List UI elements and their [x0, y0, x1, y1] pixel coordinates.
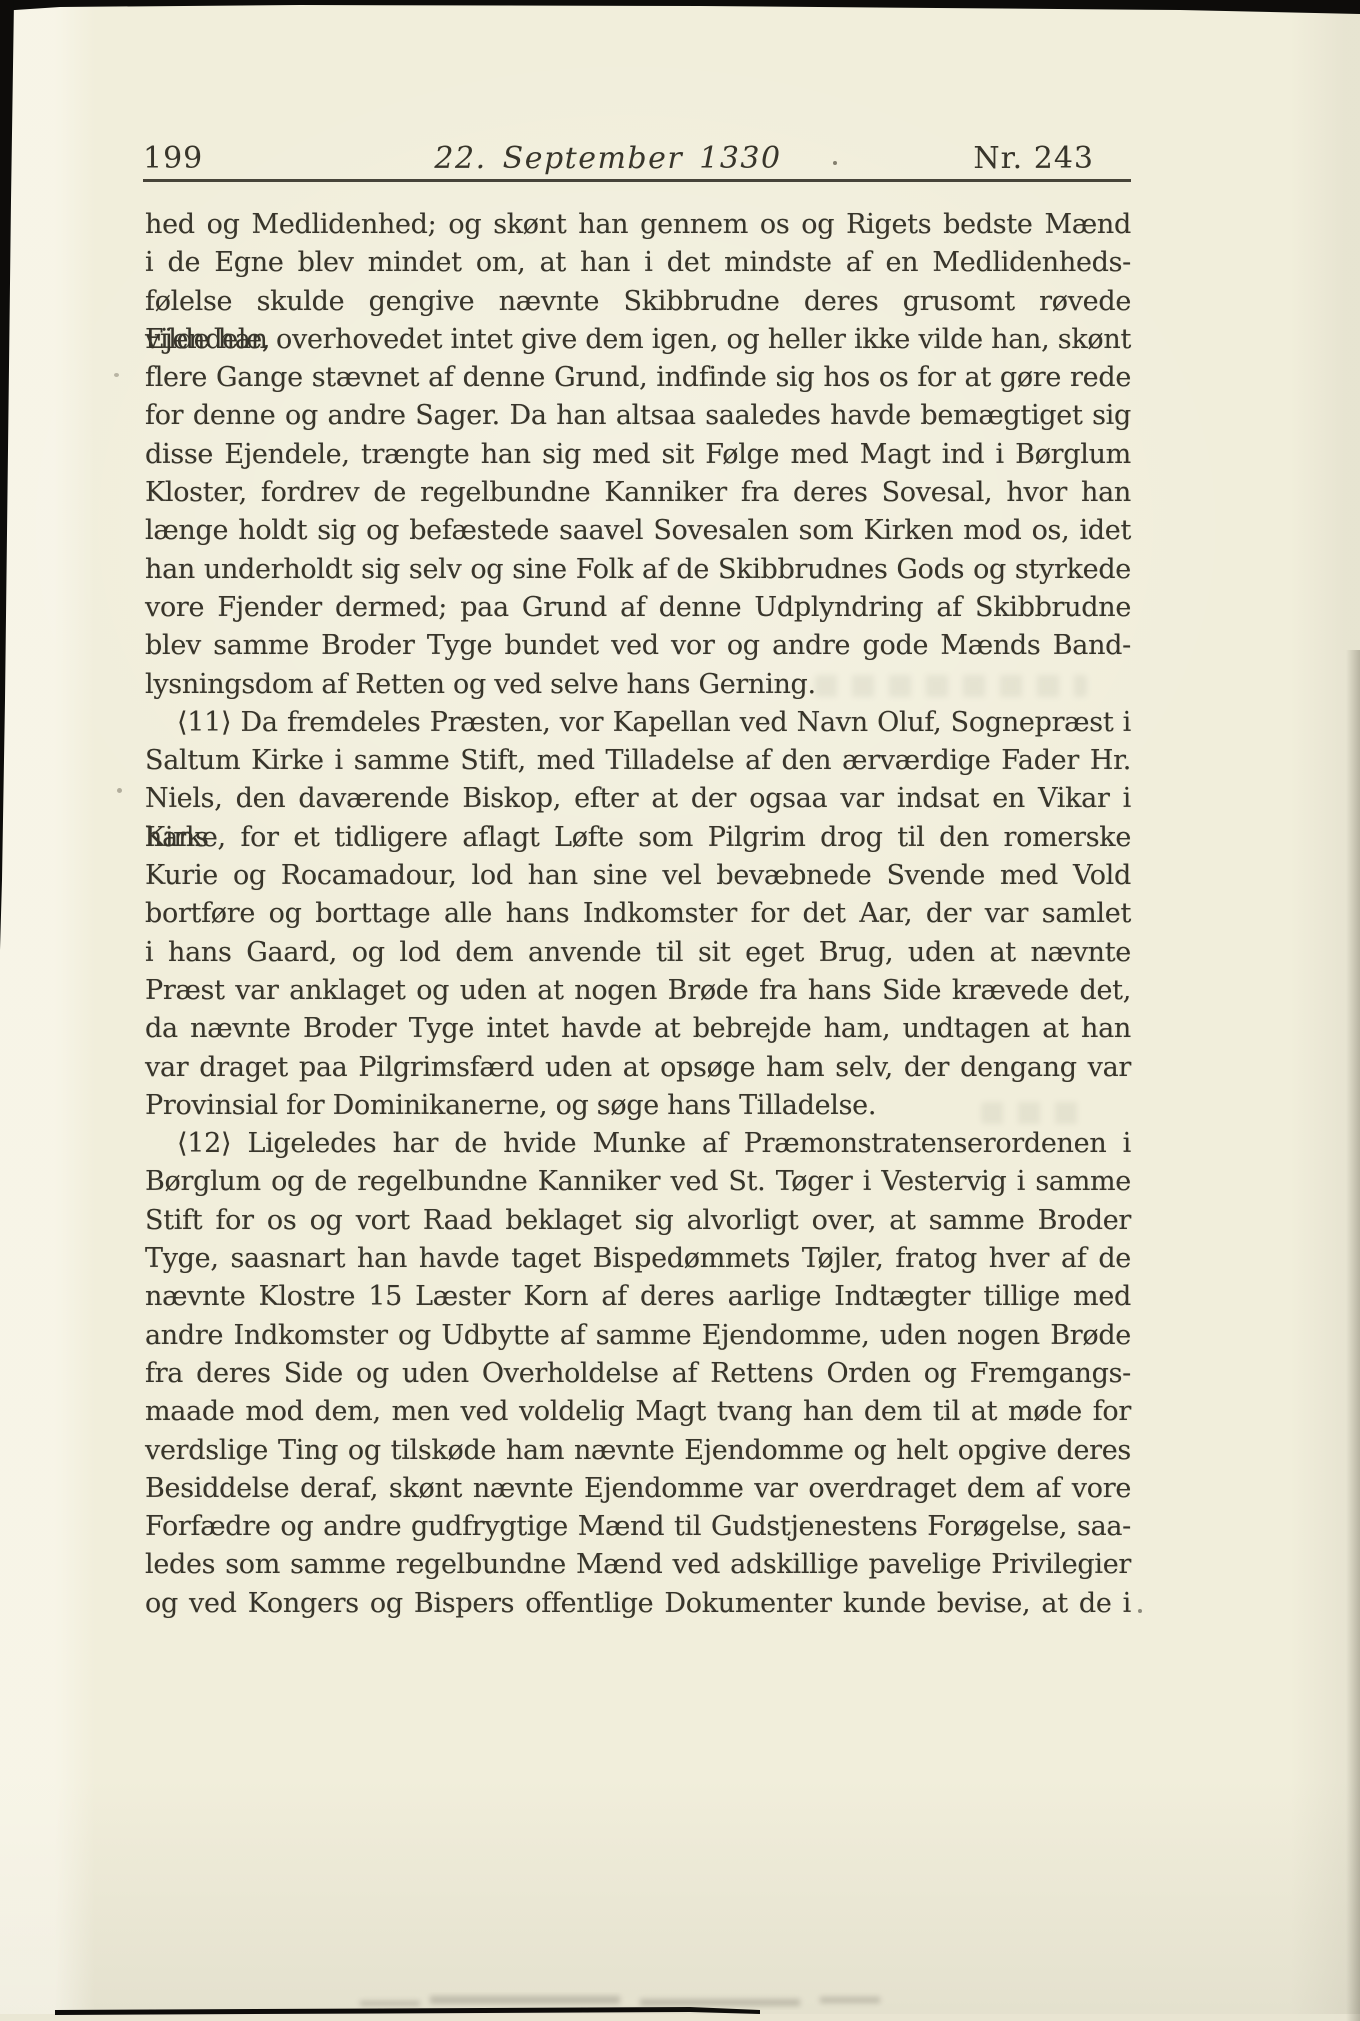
text-line: verdslige Ting og tilskøde ham nævnte Ej… — [145, 1432, 1131, 1470]
text-line: fra deres Side og uden Overholdelse af R… — [145, 1355, 1131, 1393]
header-rule — [143, 179, 1131, 182]
text-line: Besiddelse deraf, skønt nævnte Ejendomme… — [145, 1470, 1131, 1508]
text-line: i hans Gaard, og lod dem anvende til sit… — [145, 934, 1131, 972]
top-edge — [0, 0, 1360, 14]
text-line: og ved Kongers og Bispers offentlige Dok… — [145, 1585, 1131, 1623]
left-edge — [0, 0, 14, 950]
body-text: hed og Medlidenhed; og skønt han gennem … — [145, 206, 1131, 1623]
document-number: Nr. 243 — [973, 140, 1094, 178]
text-line: bortføre og borttage alle hans Indkomste… — [145, 895, 1131, 933]
text-line: ledes som samme regelbundne Mænd ved ads… — [145, 1546, 1131, 1584]
text-line: blev samme Broder Tyge bundet ved vor og… — [145, 627, 1131, 665]
text-line: Børglum og de regelbundne Kanniker ved S… — [145, 1163, 1131, 1201]
ink-showthrough-smudge — [981, 1102, 1089, 1124]
text-line: Niels, den daværende Biskop, efter at de… — [145, 780, 1131, 818]
text-line: følelse skulde gengive nævnte Skibbrudne… — [145, 283, 1131, 321]
text-line: Saltum Kirke i samme Stift, med Tilladel… — [145, 742, 1131, 780]
paper-speck — [117, 788, 122, 793]
text-line: vore Fjender dermed; paa Grund af denne … — [145, 589, 1131, 627]
text-line: nævnte Klostre 15 Læster Korn af deres a… — [145, 1278, 1131, 1316]
text-line: vilde han overhovedet intet give dem ige… — [145, 321, 1131, 359]
running-title: 22. September 1330 — [434, 140, 781, 178]
paper-speck — [114, 373, 119, 377]
text-line: hed og Medlidenhed; og skønt han gennem … — [145, 206, 1131, 244]
text-line: ⟨12⟩ Ligeledes har de hvide Munke af Præ… — [145, 1125, 1131, 1163]
text-line: ⟨11⟩ Da fremdeles Præsten, vor Kapellan … — [145, 704, 1131, 742]
text-line: Kirke, for et tidligere aflagt Løfte som… — [145, 819, 1131, 857]
text-line: i de Egne blev mindet om, at han i det m… — [145, 244, 1131, 282]
bottom-edge — [55, 2007, 760, 2015]
text-line: Forfædre og andre gudfrygtige Mænd til G… — [145, 1508, 1131, 1546]
text-line: Stift for os og vort Raad beklaget sig a… — [145, 1202, 1131, 1240]
text-line: da nævnte Broder Tyge intet havde at beb… — [145, 1010, 1131, 1048]
book-page: 199 22. September 1330 Nr. 243 hed og Me… — [0, 0, 1360, 2021]
scanner-bed-strip — [0, 2014, 1360, 2021]
text-line: Kurie og Rocamadour, lod han sine vel be… — [145, 857, 1131, 895]
paper-speck — [833, 161, 837, 165]
page-number: 199 — [143, 140, 203, 178]
text-line: disse Ejendele, trængte han sig med sit … — [145, 436, 1131, 474]
ink-showthrough-smudge — [815, 675, 1087, 697]
text-line: var draget paa Pilgrimsfærd uden at opsø… — [145, 1049, 1131, 1087]
text-line: Præst var anklaget og uden at nogen Brød… — [145, 972, 1131, 1010]
text-line: Tyge, saasnart han havde taget Bispedømm… — [145, 1240, 1131, 1278]
text-line: maade mod dem, men ved voldelig Magt tva… — [145, 1393, 1131, 1431]
text-line: han underholdt sig selv og sine Folk af … — [145, 551, 1131, 589]
right-edge-shade — [1346, 650, 1360, 2021]
text-line: for denne og andre Sager. Da han altsaa … — [145, 397, 1131, 435]
text-line: Kloster, fordrev de regelbundne Kanniker… — [145, 474, 1131, 512]
bottom-smudges — [360, 1996, 880, 2006]
paper-speck — [1138, 1609, 1142, 1613]
text-line: flere Gange stævnet af denne Grund, indf… — [145, 359, 1131, 397]
text-line: længe holdt sig og befæstede saavel Sove… — [145, 512, 1131, 550]
text-line: andre Indkomster og Udbytte af samme Eje… — [145, 1317, 1131, 1355]
